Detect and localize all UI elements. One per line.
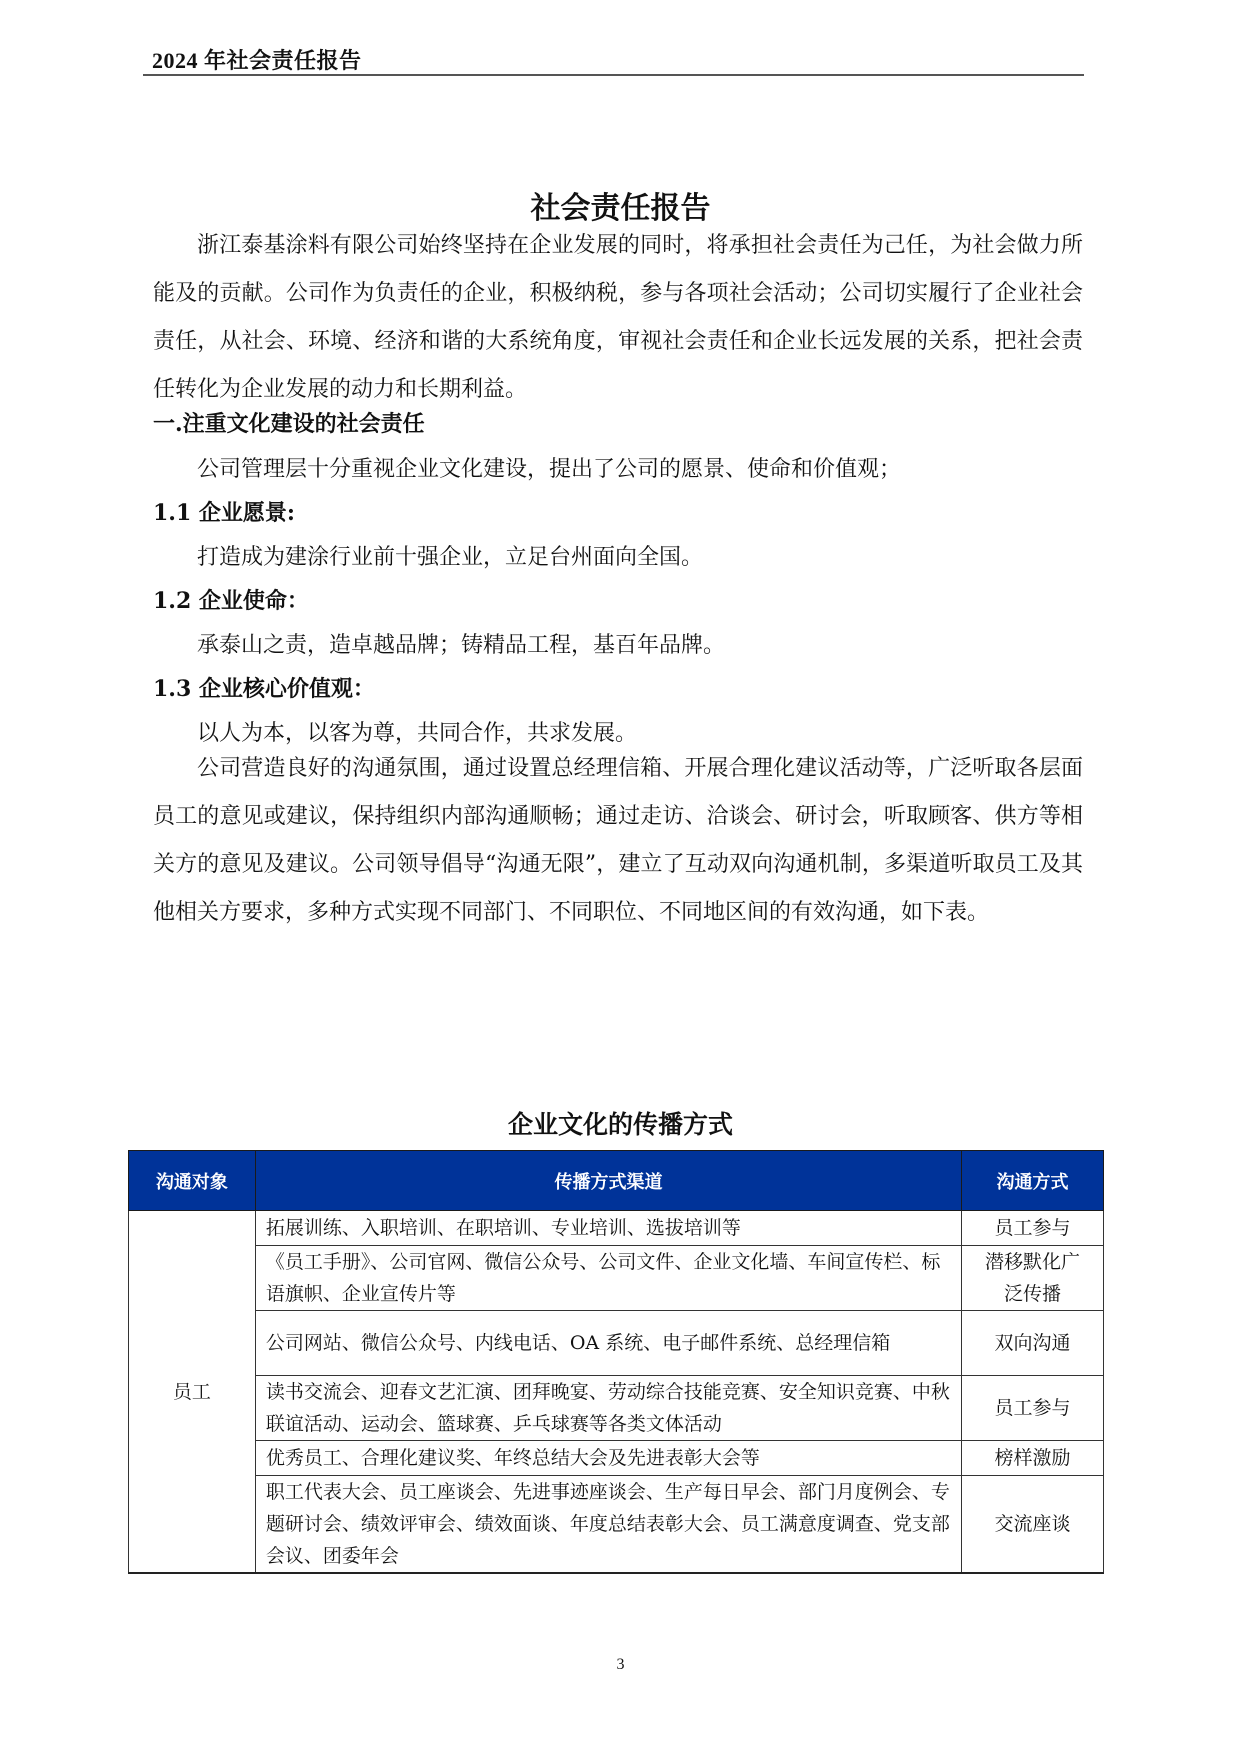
- table-row: 优秀员工、合理化建议奖、年终总结大会及先进表彰大会等 榜样激励: [129, 1441, 1104, 1476]
- culture-communication-table: 沟通对象 传播方式渠道 沟通方式 员工 拓展训练、入职培训、在职培训、专业培训、…: [128, 1150, 1104, 1574]
- channel-cell: 优秀员工、合理化建议奖、年终总结大会及先进表彰大会等: [255, 1441, 961, 1476]
- table-title: 企业文化的传播方式: [0, 1105, 1241, 1141]
- page-title: 社会责任报告: [0, 183, 1241, 227]
- channel-cell: 《员工手册》、公司官网、微信公众号、公司文件、企业文化墙、车间宣传栏、标语旗帜、…: [255, 1246, 961, 1311]
- column-header: 沟通方式: [962, 1151, 1104, 1211]
- channel-cell: 职工代表大会、员工座谈会、先进事迹座谈会、生产每日早会、部门月度例会、专题研讨会…: [255, 1476, 961, 1574]
- method-cell: 员工参与: [962, 1211, 1104, 1246]
- running-header-title: 2024 年社会责任报告: [152, 44, 362, 75]
- column-header: 沟通对象: [129, 1151, 256, 1211]
- section-heading: 一.注重文化建设的社会责任: [153, 407, 425, 438]
- page-number: 3: [0, 1656, 1241, 1674]
- mission-heading: 1.2 企业使命：: [153, 584, 309, 615]
- channel-cell: 读书交流会、迎春文艺汇演、团拜晚宴、劳动综合技能竞赛、安全知识竞赛、中秋联谊活动…: [255, 1376, 961, 1441]
- vision-heading: 1.1 企业愿景:: [153, 496, 295, 527]
- method-cell: 潜移默化广泛传播: [962, 1246, 1104, 1311]
- method-cell: 员工参与: [962, 1376, 1104, 1441]
- channel-cell: 拓展训练、入职培训、在职培训、专业培训、选拔培训等: [255, 1211, 961, 1246]
- channel-cell: 公司网站、微信公众号、内线电话、OA 系统、电子邮件系统、总经理信箱: [255, 1311, 961, 1376]
- method-cell: 榜样激励: [962, 1441, 1104, 1476]
- communication-paragraph: 公司营造良好的沟通氛围，通过设置总经理信箱、开展合理化建议活动等，广泛听取各层面…: [153, 745, 1083, 937]
- mission-text: 承泰山之责，造卓越品牌；铸精品工程，基百年品牌。: [197, 628, 725, 659]
- section-lead: 公司管理层十分重视企业文化建设，提出了公司的愿景、使命和价值观；: [197, 452, 901, 483]
- header-rule: [143, 74, 1084, 76]
- method-cell: 双向沟通: [962, 1311, 1104, 1376]
- values-heading: 1.3 企业核心价值观：: [153, 672, 375, 703]
- column-header: 传播方式渠道: [255, 1151, 961, 1211]
- table-row: 职工代表大会、员工座谈会、先进事迹座谈会、生产每日早会、部门月度例会、专题研讨会…: [129, 1476, 1104, 1574]
- intro-paragraph: 浙江泰基涂料有限公司始终坚持在企业发展的同时，将承担社会责任为己任，为社会做力所…: [153, 222, 1083, 414]
- vision-text: 打造成为建涂行业前十强企业，立足台州面向全国。: [197, 540, 703, 571]
- audience-cell: 员工: [129, 1211, 256, 1574]
- method-cell: 交流座谈: [962, 1476, 1104, 1574]
- table-row: 《员工手册》、公司官网、微信公众号、公司文件、企业文化墙、车间宣传栏、标语旗帜、…: [129, 1246, 1104, 1311]
- table-header-row: 沟通对象 传播方式渠道 沟通方式: [129, 1151, 1104, 1211]
- table-row: 读书交流会、迎春文艺汇演、团拜晚宴、劳动综合技能竞赛、安全知识竞赛、中秋联谊活动…: [129, 1376, 1104, 1441]
- table-row: 公司网站、微信公众号、内线电话、OA 系统、电子邮件系统、总经理信箱 双向沟通: [129, 1311, 1104, 1376]
- table-row: 员工 拓展训练、入职培训、在职培训、专业培训、选拔培训等 员工参与: [129, 1211, 1104, 1246]
- values-text: 以人为本，以客为尊，共同合作，共求发展。: [197, 716, 637, 747]
